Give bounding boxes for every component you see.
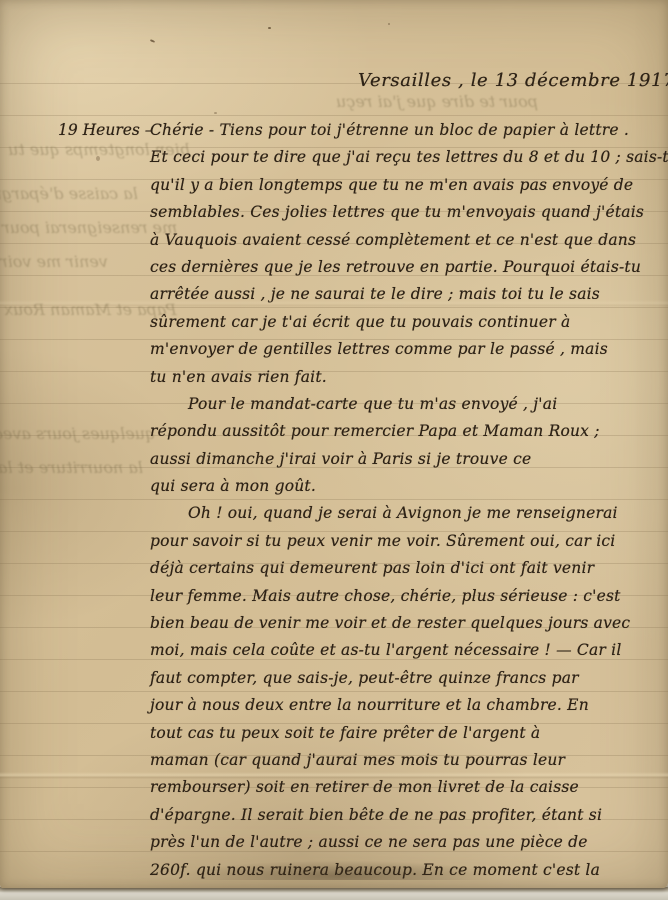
letter-line: moi, mais cela coûte et as-tu l'argent n… (150, 637, 668, 664)
letter-line: Pour le mandat-carte que tu m'as envoyé … (150, 391, 668, 418)
showthrough-text: pour te dire que j'ai reçu (336, 92, 538, 111)
letter-line: déjà certains qui demeurent pas loin d'i… (150, 555, 668, 582)
letter-line: semblables. Ces jolies lettres que tu m'… (150, 199, 668, 226)
ink-speck (150, 39, 155, 43)
letter-line: à Vauquois avaient cessé complètement et… (150, 227, 668, 254)
letter-line: sûrement car je t'ai écrit que tu pouvai… (150, 309, 668, 336)
date-line: Versailles , le 13 décembre 1917 (358, 70, 668, 91)
letter-line: tout cas tu peux soit te faire prêter de… (150, 720, 668, 747)
scanned-letter-page: pour te dire que j'ai reçu bien longtemp… (0, 0, 668, 900)
letter-body: Chérie - Tiens pour toi j'étrenne un blo… (150, 117, 668, 884)
letter-paper-sheet: pour te dire que j'ai reçu bien longtemp… (0, 0, 668, 888)
bottom-edge-wrinkle (175, 860, 505, 880)
letter-line: jour à nous deux entre la nourriture et … (150, 692, 668, 719)
letter-line: qui sera à mon goût. (150, 473, 668, 500)
scanner-background-strip (0, 887, 668, 900)
letter-line: bien beau de venir me voir et de rester … (150, 610, 668, 637)
fold-crease (0, 300, 668, 307)
letter-line: tu n'en avais rien fait. (150, 364, 668, 391)
letter-line: Chérie - Tiens pour toi j'étrenne un blo… (150, 117, 668, 144)
letter-line: d'épargne. Il serait bien bête de ne pas… (150, 802, 668, 829)
letter-line: pour savoir si tu peux venir me voir. Sû… (150, 528, 668, 555)
ink-speck (214, 112, 217, 114)
showthrough-text: quelques jours avec (0, 424, 155, 443)
letter-line: qu'il y a bien longtemps que tu ne m'en … (150, 172, 668, 199)
letter-line: Et ceci pour te dire que j'ai reçu tes l… (150, 144, 668, 171)
letter-line: faut compter, que sais-je, peut-être qui… (150, 665, 668, 692)
showthrough-text: la nourriture et la (0, 458, 143, 477)
letter-line: maman (car quand j'aurai mes mois tu pou… (150, 747, 668, 774)
letter-line: près l'un de l'autre ; aussi ce ne sera … (150, 829, 668, 856)
letter-line: Oh ! oui, quand je serai à Avignon je me… (150, 500, 668, 527)
ink-speck (268, 27, 271, 29)
fold-crease (0, 772, 668, 779)
letter-line: répondu aussitôt pour remercier Papa et … (150, 418, 668, 445)
ink-speck (388, 23, 390, 25)
letter-line: ces dernières que je les retrouve en par… (150, 254, 668, 281)
ink-speck (96, 156, 100, 161)
letter-line: aussi dimanche j'irai voir à Paris si je… (150, 446, 668, 473)
letter-line: leur femme. Mais autre chose, chérie, pl… (150, 583, 668, 610)
showthrough-text: venir me voir (0, 252, 108, 271)
showthrough-text: la caisse d'épargne (0, 184, 138, 203)
time-margin-note: 19 Heures – (58, 117, 153, 144)
letter-line: m'envoyer de gentilles lettres comme par… (150, 336, 668, 363)
